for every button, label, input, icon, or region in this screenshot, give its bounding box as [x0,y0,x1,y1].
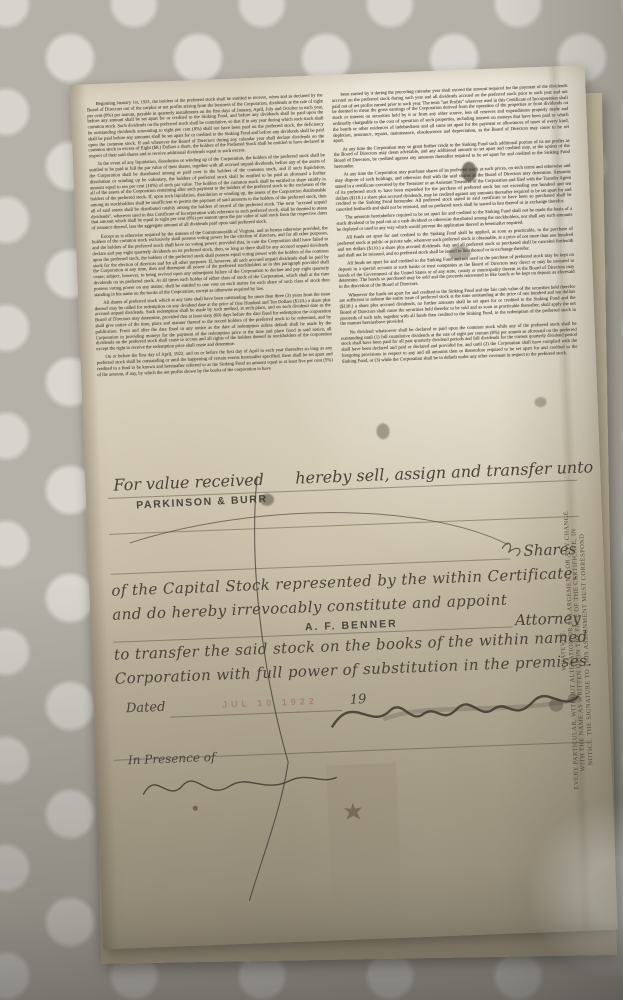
year-prefix: 19 [350,692,367,708]
ink-dot [193,806,198,811]
legal-paragraph: Whenever the funds set apart for and cre… [339,284,576,328]
legal-paragraph: Beginning January 1st, 1921, the holders… [87,93,325,160]
transfer-notice: WHATEVER. EVERY PARTICULAR, WITHOUT ALTE… [553,464,599,837]
date-stamp: JUL 10 1922 [200,695,340,710]
legal-paragraph: Except as is otherwise required by the s… [92,226,330,299]
legal-paragraph: All shares of preferred stock which at a… [94,292,332,353]
legal-paragraph: In the event of any liquidation, dissolu… [89,154,327,233]
legal-paragraph: At any time the Corporation may purchase… [335,164,572,214]
dated-label: Dated [126,700,166,717]
legal-column-right: been earned by it during the preceding c… [331,84,581,465]
form-rule [170,710,342,718]
paper-stain [326,763,402,936]
assignment-form: For value received hereby sell, assign a… [99,456,597,794]
capital-stock-line: of the Capital Stock represented by the … [111,564,578,600]
legal-text-block: Beginning January 1st, 1921, the holders… [87,84,583,474]
certificate-paper: Beginning January 1st, 1921, the holders… [70,65,618,949]
legal-paragraph: No dividend whatsoever shall be declared… [341,322,578,366]
photo-stage: Beginning January 1st, 1921, the holders… [0,0,623,1000]
pen-stroke [199,466,336,910]
stamp-smudge [260,493,274,506]
form-rule [109,516,579,535]
for-value-received-label: For value received [113,470,264,495]
legal-paragraph: been earned by it during the preceding c… [331,84,569,145]
legal-column-left: Beginning January 1st, 1921, the holders… [87,93,337,474]
